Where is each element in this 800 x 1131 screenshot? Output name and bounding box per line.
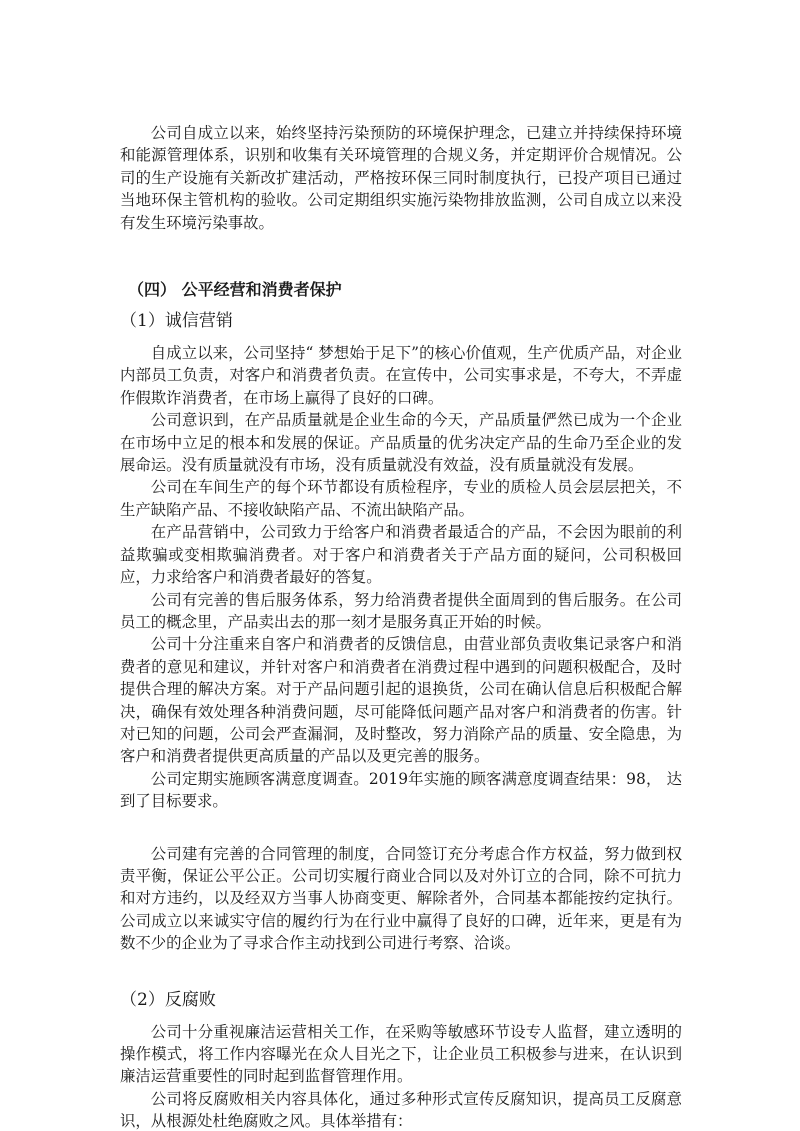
paragraph: 公司将反腐败相关内容具体化，通过多种形式宣传反腐知识，提高员工反腐意识，从根源处… bbox=[120, 1088, 682, 1131]
spacer bbox=[120, 955, 682, 981]
spacer bbox=[120, 813, 682, 843]
contract-management-paragraph: 公司建有完善的合同管理的制度，合同签订充分考虑合作方权益，努力做到权责平衡，保证… bbox=[120, 843, 682, 955]
document-page: 公司自成立以来，始终坚持污染预防的环境保护理念，已建立并持续保持环境和能源管理体… bbox=[120, 122, 682, 1131]
paragraph: 公司十分注重来自客户和消费者的反馈信息，由营业部负责收集记录客户和消费者的意见和… bbox=[120, 633, 682, 767]
subsection-heading-anti-corruption: （2）反腐败 bbox=[120, 987, 682, 1013]
paragraph: 公司有完善的售后服务体系，努力给消费者提供全面周到的售后服务。在公司员工的概念里… bbox=[120, 589, 682, 634]
paragraph: 在产品营销中，公司致力于给客户和消费者最适合的产品，不会因为眼前的利益欺骗或变相… bbox=[120, 521, 682, 588]
section-heading-fair-operation: （四） 公平经营和消费者保护 bbox=[128, 278, 682, 302]
paragraph: 公司意识到，在产品质量就是企业生命的今天，产品质量俨然已成为一个企业在市场中立足… bbox=[120, 409, 682, 476]
satisfaction-survey-paragraph: 公司定期实施顾客满意度调查。2019年实施的顾客满意度调查结果：98， 达到了目… bbox=[120, 768, 682, 813]
paragraph: 公司十分重视廉洁运营相关工作，在采购等敏感环节设专人监督，建立透明的操作模式，将… bbox=[120, 1021, 682, 1088]
paragraph: 公司在车间生产的每个环节都设有质检程序，专业的质检人员会层层把关，不生产缺陷产品… bbox=[120, 476, 682, 521]
spacer bbox=[120, 234, 682, 278]
environment-paragraph: 公司自成立以来，始终坚持污染预防的环境保护理念，已建立并持续保持环境和能源管理体… bbox=[120, 122, 682, 234]
paragraph: 自成立以来，公司坚持“ 梦想始于足下”的核心价值观，生产优质产品，对企业内部员工… bbox=[120, 342, 682, 409]
subsection-heading-integrity-marketing: （1）诚信营销 bbox=[120, 308, 682, 334]
